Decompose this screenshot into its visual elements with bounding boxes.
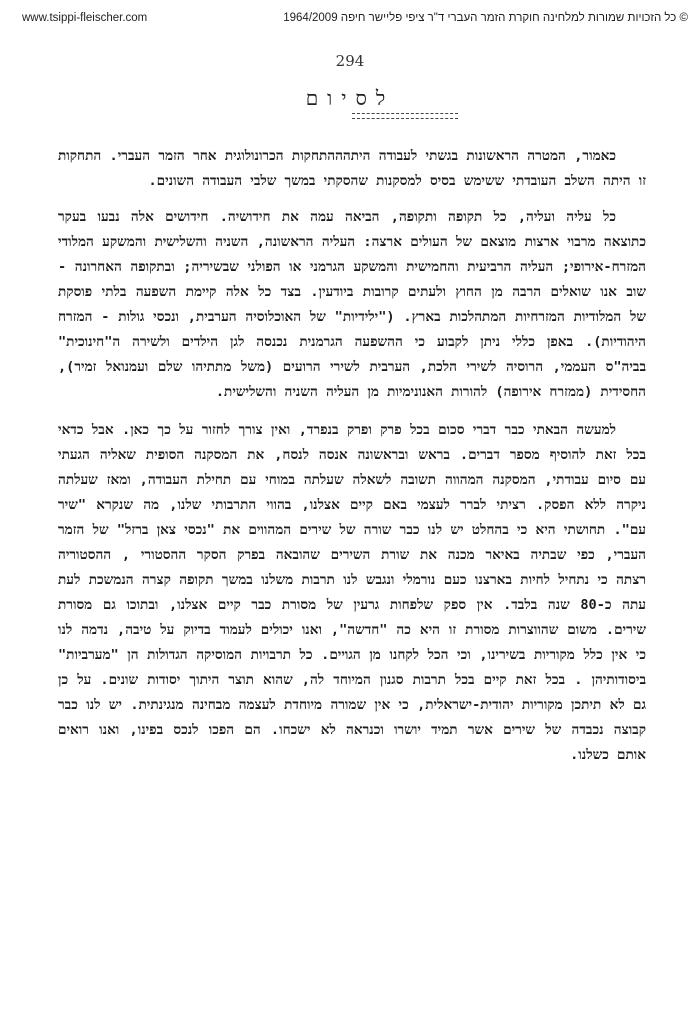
paragraph-conclusion: למעשה הבאתי כבר דברי סכום בכל פרק ופרק ב… (58, 418, 646, 768)
website-url: www.tsippi-fleischer.com (22, 12, 147, 24)
page-header: www.tsippi-fleischer.com © כל הזכויות שמ… (0, 12, 700, 28)
document-body: כאמור, המטרה הראשונות בגשתי לעבודה היתהה… (58, 144, 646, 768)
title-underline (352, 113, 458, 119)
paragraph-intro: כאמור, המטרה הראשונות בגשתי לעבודה היתהה… (58, 144, 646, 194)
paragraph-immigration-waves: כל עליה ועליה, כל תקופה ותקופה, הביאה עמ… (58, 205, 646, 405)
section-title: לסיום (0, 86, 700, 111)
copyright-notice: © כל הזכויות שמורות למלחינה חוקרת הזמר ה… (283, 12, 688, 24)
page-number: 294 (0, 52, 700, 70)
